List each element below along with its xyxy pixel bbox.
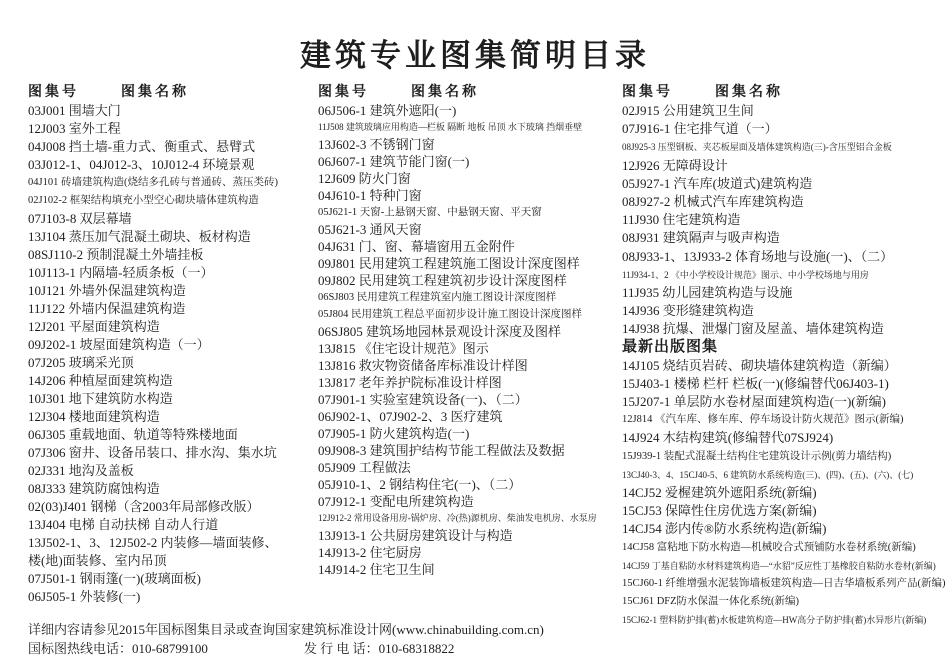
catalog-entry: 08J925-3 压型钢板、夹芯板屋面及墙体建筑构造(三)-含压型铝合金板 bbox=[622, 138, 950, 156]
catalog-entry: 02(03)J401 钢梯（含2003年局部修改版） bbox=[28, 498, 318, 516]
catalog-entry: 11J122 外墙内保温建筑构造 bbox=[28, 300, 318, 318]
catalog-entry: 07J916-1 住宅排气道（一） bbox=[622, 120, 950, 138]
catalog-page: 建筑专业图集简明目录 图集号 图集名称 03J001 围墙大门12J003 室外… bbox=[0, 0, 950, 672]
catalog-entry: 12J814 《汽车库、修车库、停车场设计防火规范》图示(新编) bbox=[622, 411, 950, 429]
catalog-entry: 14J913-2 住宅厨房 bbox=[318, 544, 622, 561]
catalog-entry: 13J602-3 不锈钢门窗 bbox=[318, 136, 622, 153]
catalog-entry: 14J938 抗爆、泄爆门窗及屋盖、墙体建筑构造 bbox=[622, 320, 950, 338]
catalog-entry: 06J305 重载地面、轨道等特殊楼地面 bbox=[28, 426, 318, 444]
catalog-entry: 14J936 变形缝建筑构造 bbox=[622, 302, 950, 320]
catalog-entry: 06J505-1 外装修(一) bbox=[28, 588, 318, 606]
catalog-entry: 07J905-1 防火建筑构造(一) bbox=[318, 425, 622, 442]
catalog-entry: 13J815 《住宅设计规范》图示 bbox=[318, 340, 622, 357]
catalog-entry: 12J003 室外工程 bbox=[28, 120, 318, 138]
column-1-header-name: 图集名称 bbox=[121, 81, 189, 101]
catalog-entry: 06SJ805 建筑场地园林景观设计深度及图样 bbox=[318, 323, 622, 340]
catalog-entry: 15J403-1 楼梯 栏杆 栏板(一)(修编替代06J403-1) bbox=[622, 375, 950, 393]
catalog-column-2: 图集号 图集名称 06J506-1 建筑外遮阳(一)11J508 建筑玻璃应用构… bbox=[318, 80, 622, 629]
catalog-entry: 14J914-2 住宅卫生间 bbox=[318, 561, 622, 578]
catalog-entry: 13J502-1、3、12J502-2 内装修—墙面装修、 bbox=[28, 534, 318, 552]
catalog-entry: 04J610-1 特种门窗 bbox=[318, 187, 622, 204]
catalog-entry: 06SJ803 民用建筑工程建筑室内施工图设计深度图样 bbox=[318, 289, 622, 306]
catalog-entry: 09J802 民用建筑工程建筑初步设计深度图样 bbox=[318, 272, 622, 289]
catalog-entry: 14CJ59 丁基自粘防水材料建筑构造—“水貂”反应性丁基橡胶自粘防水卷材(新编… bbox=[622, 557, 950, 575]
catalog-entry: 07J501-1 钢雨篷(一)(玻璃面板) bbox=[28, 570, 318, 588]
catalog-entry: 05J909 工程做法 bbox=[318, 459, 622, 476]
catalog-entry: 03J012-1、04J012-3、10J012-4 环境景观 bbox=[28, 156, 318, 174]
catalog-column-1: 图集号 图集名称 03J001 围墙大门12J003 室外工程04J008 挡土… bbox=[28, 80, 318, 629]
catalog-entry: 07J306 窗井、设备吊装口、排水沟、集水坑 bbox=[28, 444, 318, 462]
column-2-list: 06J506-1 建筑外遮阳(一)11J508 建筑玻璃应用构造—栏板 隔断 地… bbox=[318, 102, 622, 578]
catalog-entry: 13J913-1 公共厨房建筑设计与构造 bbox=[318, 527, 622, 544]
page-footer: 详细内容请参见2015年国标图集目录或查询国家建筑标准设计网(www.china… bbox=[28, 620, 928, 658]
catalog-entry: 08J333 建筑防腐蚀构造 bbox=[28, 480, 318, 498]
catalog-entry: 10J301 地下建筑防水构造 bbox=[28, 390, 318, 408]
catalog-entry: 05J621-1 天窗-上悬钢天窗、中悬钢天窗、平天窗 bbox=[318, 204, 622, 221]
catalog-entry: 13J404 电梯 自动扶梯 自动人行道 bbox=[28, 516, 318, 534]
catalog-entry: 05J910-1、2 钢结构住宅(一)、（二） bbox=[318, 476, 622, 493]
catalog-entry: 13CJ40-3、4、15CJ40-5、6 建筑防水系统构造(三)、(四)、(五… bbox=[622, 466, 950, 484]
catalog-entry: 11J930 住宅建筑构造 bbox=[622, 211, 950, 229]
column-3-header: 图集号 图集名称 bbox=[622, 80, 950, 102]
catalog-entry: 09J202-1 坡屋面建筑构造（一） bbox=[28, 336, 318, 354]
catalog-entry: 10J113-1 内隔墙-轻质条板（一） bbox=[28, 264, 318, 282]
catalog-entry: 11J934-1、2 《中小学校设计规范》图示、中小学校场地与用房 bbox=[622, 266, 950, 284]
catalog-entry: 11J935 幼儿园建筑构造与设施 bbox=[622, 284, 950, 302]
catalog-entry: 13J817 老年养护院标准设计样图 bbox=[318, 374, 622, 391]
catalog-entry: 14J105 烧结页岩砖、砌块墙体建筑构造（新编） bbox=[622, 357, 950, 375]
catalog-entry: 08J931 建筑隔声与吸声构造 bbox=[622, 229, 950, 247]
column-1-list: 03J001 围墙大门12J003 室外工程04J008 挡土墙-重力式、衡重式… bbox=[28, 102, 318, 606]
column-3-header-code: 图集号 bbox=[622, 81, 673, 101]
catalog-entry: 15J207-1 单层防水卷材屋面建筑构造(一)(新编) bbox=[622, 393, 950, 411]
catalog-entry: 11J508 建筑玻璃应用构造—栏板 隔断 地板 吊顶 水下玻璃 挡烟垂壁 bbox=[318, 119, 622, 136]
catalog-entry: 04J101 砖墙建筑构造(烧结多孔砖与普通砖、蒸压类砖) bbox=[28, 174, 318, 192]
catalog-entry: 03J001 围墙大门 bbox=[28, 102, 318, 120]
catalog-entry: 13J816 救灾物资储备库标准设计样图 bbox=[318, 357, 622, 374]
catalog-entry: 15CJ61 DFZ防水保温一体化系统(新编) bbox=[622, 593, 950, 611]
catalog-entry: 02J331 地沟及盖板 bbox=[28, 462, 318, 480]
catalog-entry: 12J201 平屋面建筑构造 bbox=[28, 318, 318, 336]
catalog-entry: 05J927-1 汽车库(坡道式)建筑构造 bbox=[622, 175, 950, 193]
catalog-entry: 07J912-1 变配电所建筑构造 bbox=[318, 493, 622, 510]
catalog-entry: 06J607-1 建筑节能门窗(一) bbox=[318, 153, 622, 170]
catalog-entry: 14CJ58 富粘地下防水构造—机械咬合式预铺防水卷材系统(新编) bbox=[622, 539, 950, 557]
column-2-header: 图集号 图集名称 bbox=[318, 80, 622, 102]
catalog-entry: 08SJ110-2 预制混凝土外墙挂板 bbox=[28, 246, 318, 264]
catalog-entry: 14J206 种植屋面建筑构造 bbox=[28, 372, 318, 390]
catalog-entry: 15CJ53 保障性住房优选方案(新编) bbox=[622, 502, 950, 520]
catalog-entry: 06J506-1 建筑外遮阳(一) bbox=[318, 102, 622, 119]
catalog-entry: 12J609 防火门窗 bbox=[318, 170, 622, 187]
footer-phones: 国标图热线电话：010-68799100 发 行 电 话：010-6831882… bbox=[28, 639, 928, 658]
catalog-entry: 05J804 民用建筑工程总平面初步设计施工图设计深度图样 bbox=[318, 306, 622, 323]
catalog-entry: 07J901-1 实验室建筑设备(一)、（二） bbox=[318, 391, 622, 408]
catalog-entry: 15CJ60-1 纤维增强水泥装饰墙板建筑构造—日吉华墙板系列产品(新编) bbox=[622, 575, 950, 593]
catalog-entry: 12J926 无障碍设计 bbox=[622, 157, 950, 175]
catalog-entry: 12J912-2 常用设备用房-锅炉房、冷(热)源机房、柴油发电机房、水泵房 bbox=[318, 510, 622, 527]
catalog-entry: 06J902-1、07J902-2、3 医疗建筑 bbox=[318, 408, 622, 425]
catalog-entry: 14CJ52 爱楃建筑外遮阳系统(新编) bbox=[622, 484, 950, 502]
page-title: 建筑专业图集简明目录 bbox=[0, 30, 950, 75]
catalog-entry: 12J304 楼地面建筑构造 bbox=[28, 408, 318, 426]
catalog-columns: 图集号 图集名称 03J001 围墙大门12J003 室外工程04J008 挡土… bbox=[28, 80, 950, 629]
catalog-entry: 07J103-8 双层幕墙 bbox=[28, 210, 318, 228]
catalog-entry: 14CJ54 澎内传®防水系统构造(新编) bbox=[622, 520, 950, 538]
column-1-header-code: 图集号 bbox=[28, 81, 79, 101]
catalog-entry: 07J205 玻璃采光顶 bbox=[28, 354, 318, 372]
catalog-entry: 08J927-2 机械式汽车库建筑构造 bbox=[622, 193, 950, 211]
column-2-header-code: 图集号 bbox=[318, 81, 369, 101]
catalog-entry: 02J915 公用建筑卫生间 bbox=[622, 102, 950, 120]
footer-note: 详细内容请参见2015年国标图集目录或查询国家建筑标准设计网(www.china… bbox=[28, 620, 928, 639]
column-3-header-name: 图集名称 bbox=[715, 81, 783, 101]
catalog-entry: 04J631 门、窗、幕墙窗用五金附件 bbox=[318, 238, 622, 255]
hotline-phone: 国标图热线电话：010-68799100 bbox=[28, 639, 208, 658]
catalog-entry: 14J924 木结构建筑(修编替代07SJ924) bbox=[622, 429, 950, 447]
catalog-entry: 08J933-1、13J933-2 体育场地与设施(一)、（二） bbox=[622, 248, 950, 266]
column-2-header-name: 图集名称 bbox=[411, 81, 479, 101]
catalog-entry: 楼(地)面装修、室内吊顶 bbox=[28, 552, 318, 570]
catalog-entry: 02J102-2 框架结构填充小型空心砌块墙体建筑构造 bbox=[28, 192, 318, 210]
catalog-entry: 13J104 蒸压加气混凝土砌块、板材构造 bbox=[28, 228, 318, 246]
catalog-entry: 09J801 民用建筑工程建筑施工图设计深度图样 bbox=[318, 255, 622, 272]
catalog-entry: 10J121 外墙外保温建筑构造 bbox=[28, 282, 318, 300]
section-heading: 最新出版图集 bbox=[622, 338, 950, 356]
catalog-entry: 09J908-3 建筑围护结构节能工程做法及数据 bbox=[318, 442, 622, 459]
column-3-list: 02J915 公用建筑卫生间07J916-1 住宅排气道（一）08J925-3 … bbox=[622, 102, 950, 629]
catalog-entry: 04J008 挡土墙-重力式、衡重式、悬臂式 bbox=[28, 138, 318, 156]
distribution-phone: 发 行 电 话：010-68318822 bbox=[304, 639, 455, 658]
catalog-entry: 15J939-1 装配式混凝土结构住宅建筑设计示例(剪力墙结构) bbox=[622, 448, 950, 466]
catalog-column-3: 图集号 图集名称 02J915 公用建筑卫生间07J916-1 住宅排气道（一）… bbox=[622, 80, 950, 629]
catalog-entry: 05J621-3 通风天窗 bbox=[318, 221, 622, 238]
column-1-header: 图集号 图集名称 bbox=[28, 80, 318, 102]
